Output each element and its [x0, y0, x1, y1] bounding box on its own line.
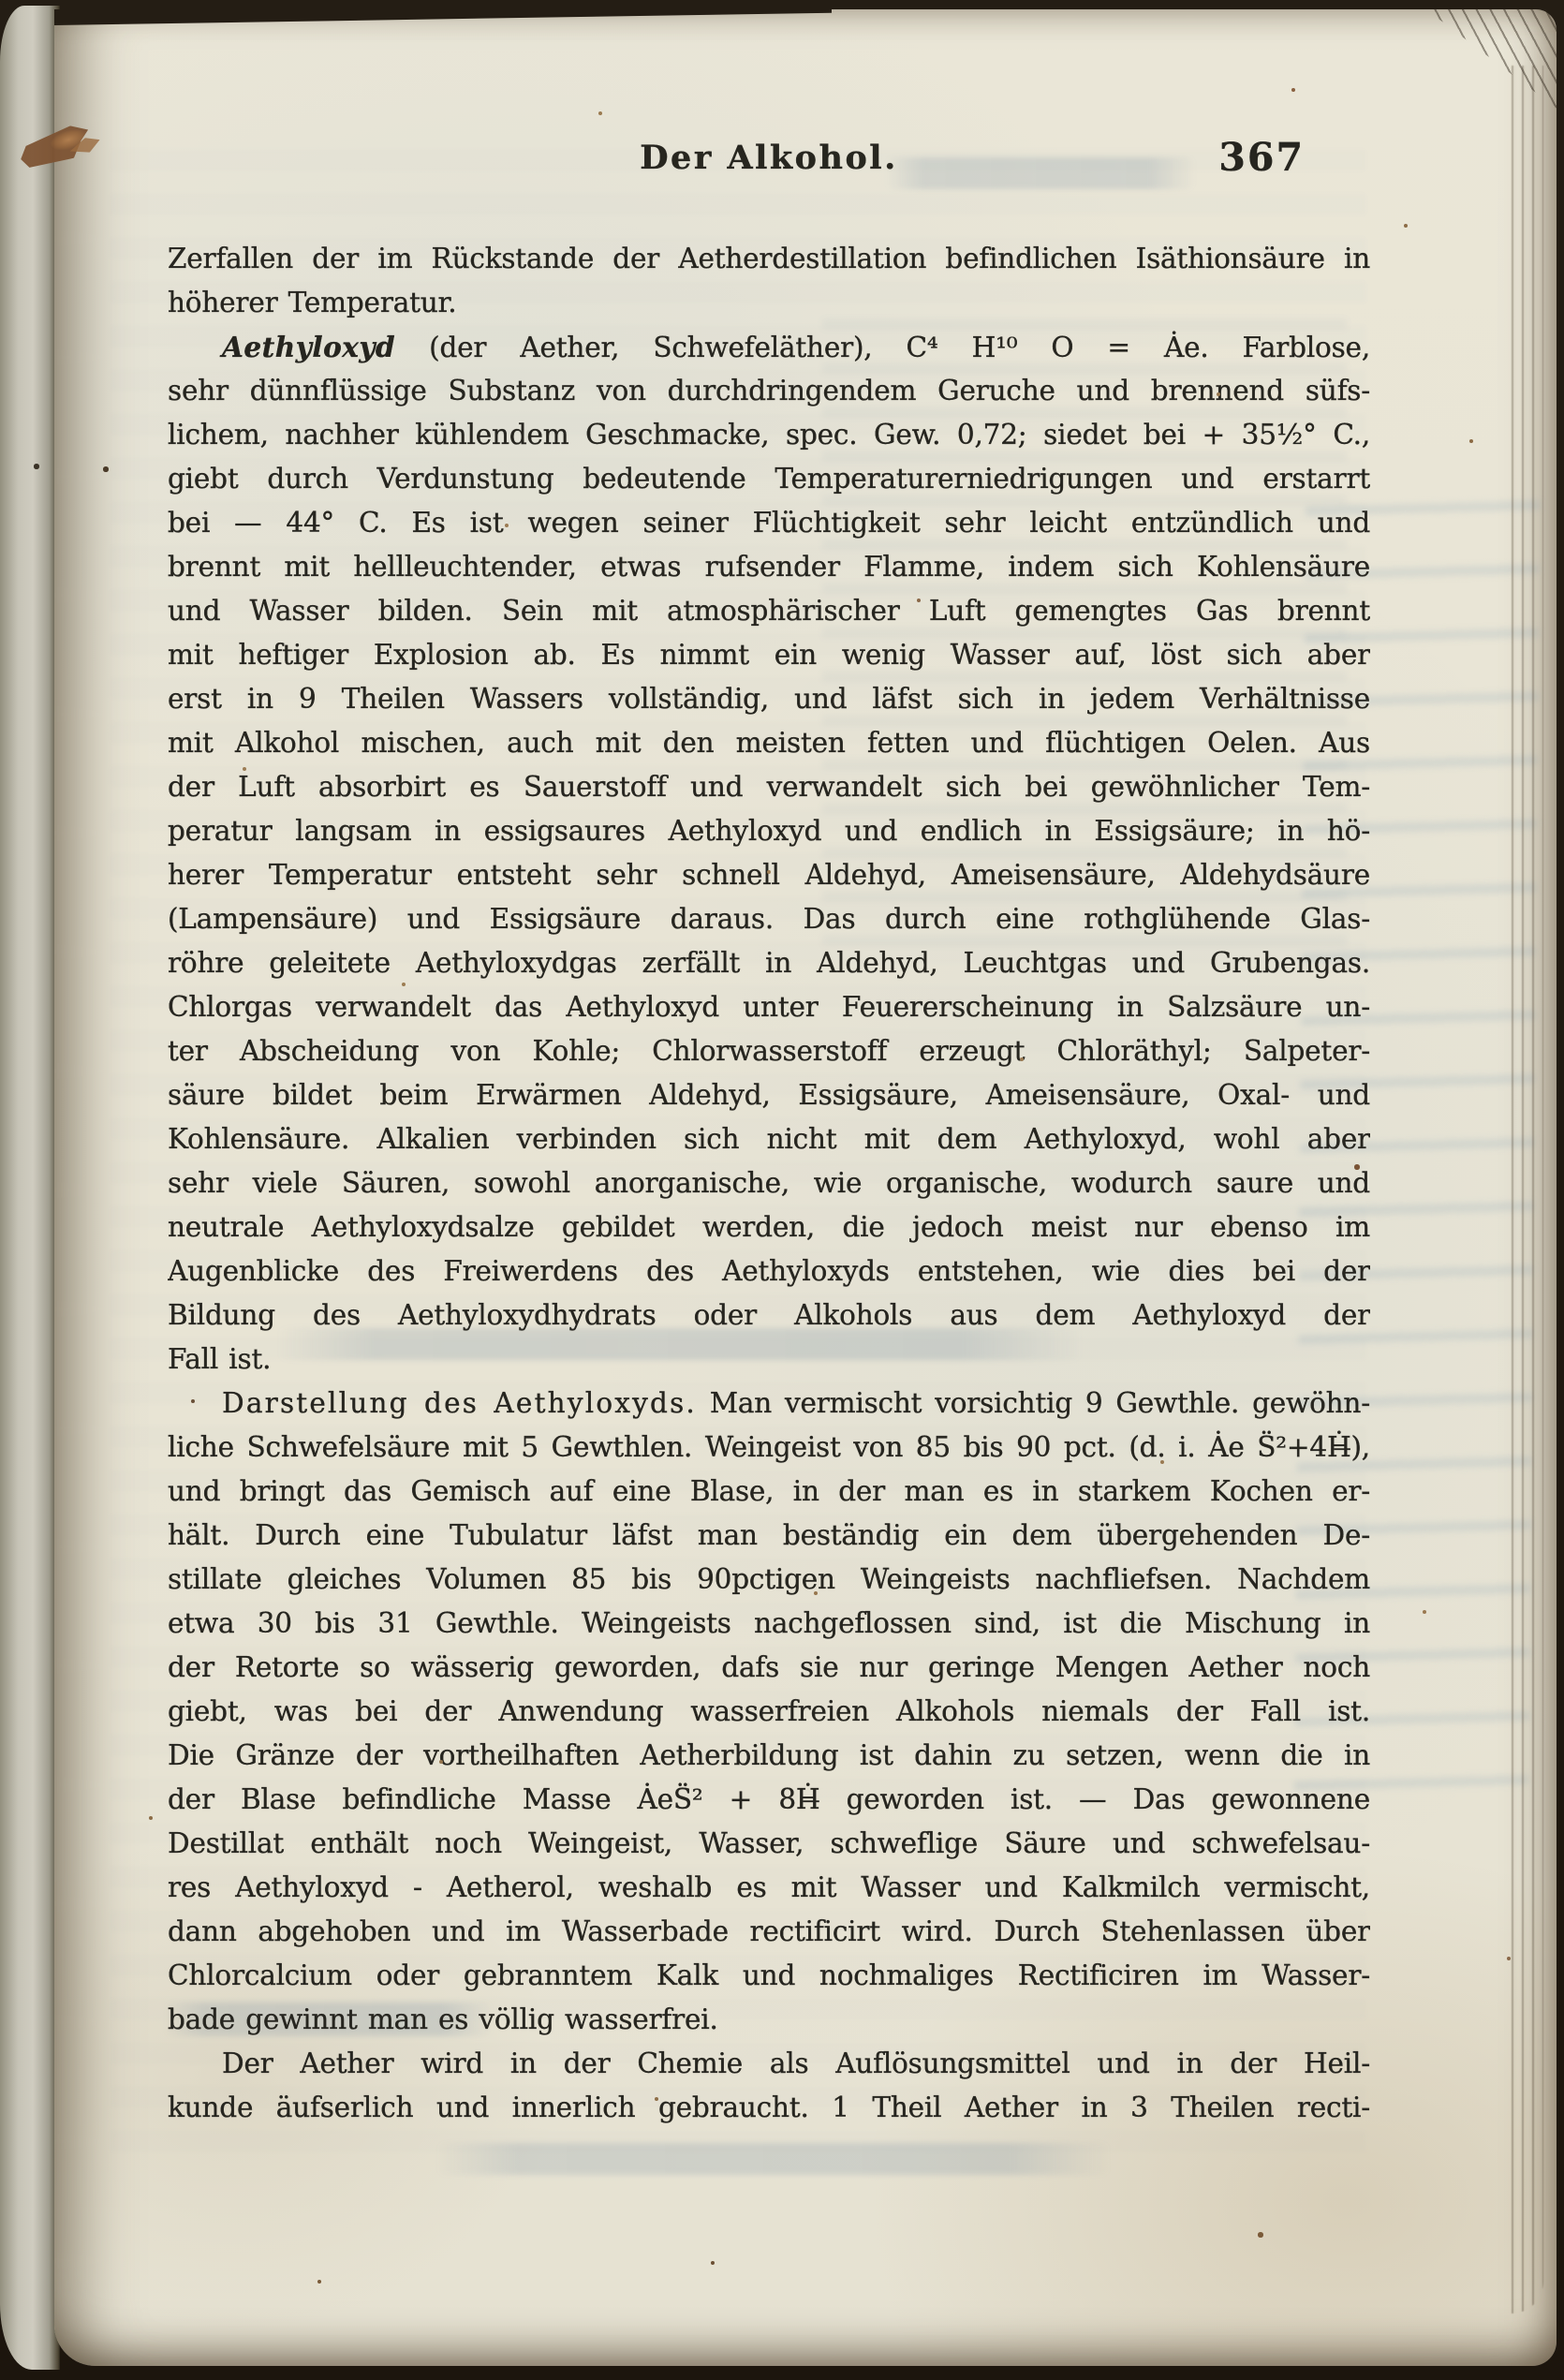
text-line: stillate gleiches Volumen 85 bis 90pctig… [168, 1558, 1370, 1602]
text-line: Augenblicke des Freiwerdens des Aethylox… [168, 1249, 1370, 1293]
text-line: herer Temperatur entsteht sehr schnell A… [168, 853, 1370, 897]
text-line: giebt durch Verdunstung bedeutende Tempe… [168, 457, 1370, 501]
page: Der Alkohol. 367 Zerfallen der im Rückst… [54, 9, 1557, 2366]
book-page-scan: Der Alkohol. 367 Zerfallen der im Rückst… [0, 0, 1564, 2380]
text-line: dann abgehoben und im Wasserbade rectifi… [168, 1910, 1370, 1954]
section-lead: Darstellung des Aethyloxyds. [222, 1387, 697, 1419]
text-line: röhre geleitete Aethyloxydgas zerfällt i… [168, 941, 1370, 985]
text-line: sehr dünnflüssige Substanz von durchdrin… [168, 369, 1370, 413]
text-line: Die Gränze der vortheilhaften Aetherbild… [168, 1734, 1370, 1778]
text-line: Fall ist. [168, 1338, 1370, 1382]
page-title: Der Alkohol. [168, 139, 1370, 177]
text-line: höherer Temperatur. [168, 281, 1370, 325]
text-line: Darstellung des Aethyloxyds. Man vermisc… [168, 1382, 1370, 1426]
text-line: Chlorcalcium oder gebranntem Kalk und no… [168, 1954, 1370, 1998]
paper-speckles [0, 0, 2, 2]
text-line: peratur langsam in essigsaures Aethyloxy… [168, 809, 1370, 853]
text-line: der Blase befindliche Masse ȦeS̈² + 8Ḣ̶ … [168, 1778, 1370, 1822]
text-line: Chlorgas verwandelt das Aethyloxyd unter… [168, 985, 1370, 1029]
text-line: hält. Durch eine Tubulatur läfst man bes… [168, 1514, 1370, 1558]
text-line: lichem, nachher kühlendem Geschmacke, sp… [168, 413, 1370, 457]
text-line: bei — 44° C. Es ist wegen seiner Flüchti… [168, 501, 1370, 545]
text-line: sehr viele Säuren, sowohl anorganische, … [168, 1161, 1370, 1205]
text-line: res Aethyloxyd - Aetherol, weshalb es mi… [168, 1866, 1370, 1910]
page-number: 367 [1218, 135, 1305, 180]
text-line: etwa 30 bis 31 Gewthle. Weingeists nachg… [168, 1602, 1370, 1646]
species-name-lead: Aethyloxyd [222, 331, 395, 363]
text-line: säure bildet beim Erwärmen Aldehyd, Essi… [168, 1073, 1370, 1117]
text-line: neutrale Aethyloxydsalze gebildet werden… [168, 1205, 1370, 1249]
body-text: Zerfallen der im Rückstande der Aetherde… [168, 237, 1370, 2130]
text-line: und Wasser bilden. Sein mit atmosphärisc… [168, 589, 1370, 633]
text-line: der Luft absorbirt es Sauerstoff und ver… [168, 765, 1370, 809]
text-line: Der Aether wird in der Chemie als Auflös… [168, 2042, 1370, 2086]
text-line-rest: Man vermischt vorsichtig 9 Gewthle. gewö… [697, 1387, 1370, 1419]
text-line-rest: (der Aether, Schwefeläther), C⁴ H¹⁰ O = … [395, 332, 1370, 363]
text-line: Aethyloxyd (der Aether, Schwefeläther), … [168, 325, 1370, 369]
text-line: kunde äufserlich und innerlich gebraucht… [168, 2086, 1370, 2130]
text-line: Destillat enthält noch Weingeist, Wasser… [168, 1822, 1370, 1866]
page-edge-stripes [1512, 66, 1543, 2313]
text-line: Bildung des Aethyloxydhydrats oder Alkoh… [168, 1293, 1370, 1338]
text-line: ter Abscheidung von Kohle; Chlorwasserst… [168, 1029, 1370, 1073]
text-line: liche Schwefelsäure mit 5 Gewthlen. Wein… [168, 1426, 1370, 1470]
bleedthrough-ghost [436, 2143, 1111, 2175]
text-line: und bringt das Gemisch auf eine Blase, i… [168, 1470, 1370, 1514]
text-line: Kohlensäure. Alkalien verbinden sich nic… [168, 1117, 1370, 1161]
text-line: mit Alkohol mischen, auch mit den meiste… [168, 721, 1370, 765]
facing-page-edge [0, 6, 60, 2370]
text-line: brennt mit hellleuchtender, etwas rufsen… [168, 545, 1370, 589]
text-line: giebt, was bei der Anwendung wasserfreie… [168, 1690, 1370, 1734]
text-line: Zerfallen der im Rückstande der Aetherde… [168, 237, 1370, 281]
text-line: (Lampensäure) und Essigsäure daraus. Das… [168, 897, 1370, 941]
text-line: mit heftiger Explosion ab. Es nimmt ein … [168, 633, 1370, 677]
text-line: bade gewinnt man es völlig wasserfrei. [168, 1998, 1370, 2042]
text-line: erst in 9 Theilen Wassers vollständig, u… [168, 677, 1370, 721]
text-line: der Retorte so wässerig geworden, dafs s… [168, 1646, 1370, 1690]
running-header: Der Alkohol. 367 [168, 139, 1370, 184]
